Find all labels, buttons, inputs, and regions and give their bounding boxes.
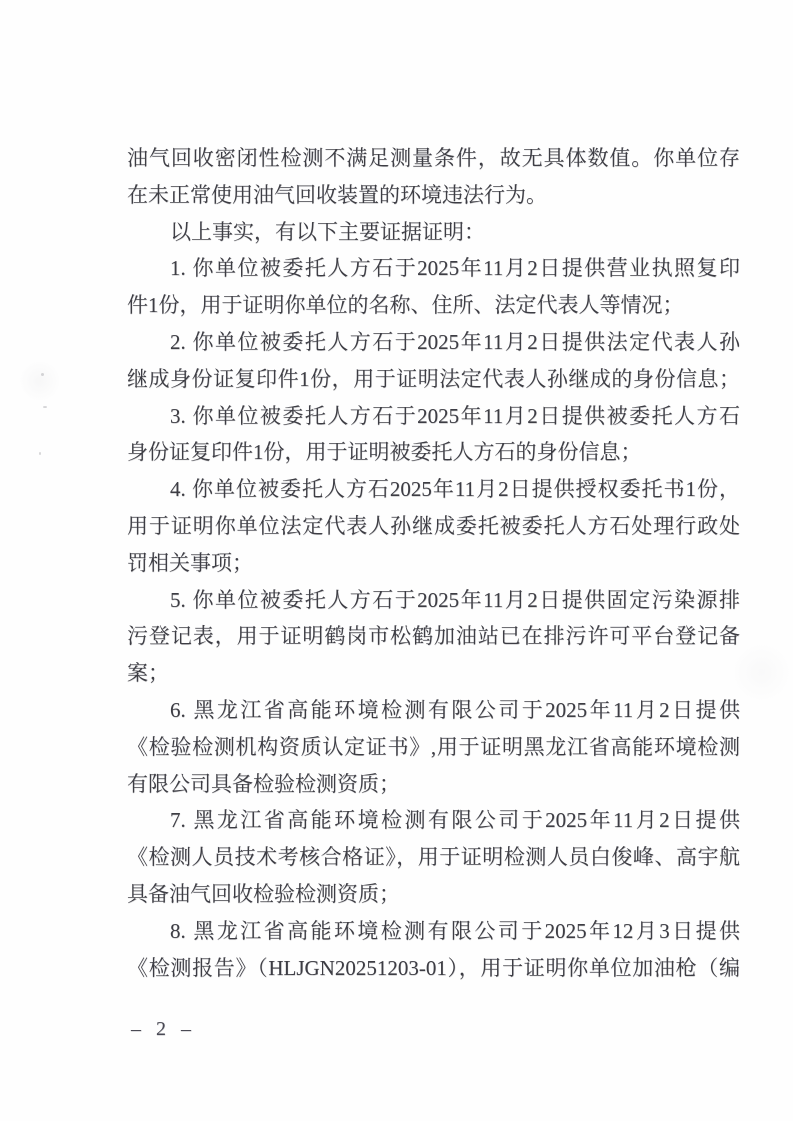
paragraph-evidence-heading: 以上事实，有以下主要证据证明： [127, 214, 740, 251]
body-line: 7. 黑龙江省高能环境检测有限公司于2025年11月2日提供 [127, 802, 740, 839]
page-number: – 2 – [131, 1018, 196, 1041]
paragraph-evidence-item-8: 8. 黑龙江省高能环境检测有限公司于2025年12月3日提供 《检测报告》（HL… [127, 913, 740, 987]
scan-artifact [39, 452, 41, 455]
paragraph-intro: 油气回收密闭性检测不满足测量条件，故无具体数值。你单位存 在未正常使用油气回收装… [127, 140, 740, 214]
paragraph-evidence-item-3: 3. 你单位被委托人方石于2025年11月2日提供被委托人方石 身份证复印件1份… [127, 398, 740, 472]
body-line: 《检测报告》（HLJGN20251203-01），用于证明你单位加油枪（编 [127, 950, 740, 987]
paragraph-evidence-item-2: 2. 你单位被委托人方石于2025年11月2日提供法定代表人孙 继成身份证复印件… [127, 324, 740, 398]
paragraph-evidence-item-6: 6. 黑龙江省高能环境检测有限公司于2025年11月2日提供 《检验检测机构资质… [127, 692, 740, 802]
body-line: 1. 你单位被委托人方石于2025年11月2日提供营业执照复印 [127, 250, 740, 287]
body-line: 2. 你单位被委托人方石于2025年11月2日提供法定代表人孙 [127, 324, 740, 361]
paragraph-evidence-item-4: 4. 你单位被委托人方石2025年11月2日提供授权委托书1份， 用于证明你单位… [127, 471, 740, 581]
body-line: 《检验检测机构资质认定证书》,用于证明黑龙江省高能环境检测 [127, 729, 740, 766]
document-page: 油气回收密闭性检测不满足测量条件，故无具体数值。你单位存 在未正常使用油气回收装… [0, 0, 793, 1121]
body-line: 6. 黑龙江省高能环境检测有限公司于2025年11月2日提供 [127, 692, 740, 729]
scan-artifact [41, 373, 44, 376]
body-line: 具备油气回收检验检测资质； [127, 876, 740, 913]
body-line: 4. 你单位被委托人方石2025年11月2日提供授权委托书1份， [127, 471, 740, 508]
body-line: 有限公司具备检验检测资质； [127, 766, 740, 803]
body-line: 《检测人员技术考核合格证》，用于证明检测人员白俊峰、高宇航 [127, 839, 740, 876]
body-line: 3. 你单位被委托人方石于2025年11月2日提供被委托人方石 [127, 398, 740, 435]
body-line: 案； [127, 655, 740, 692]
body-line: 污登记表，用于证明鹤岗市松鹤加油站已在排污许可平台登记备 [127, 618, 740, 655]
body-line: 身份证复印件1份，用于证明被委托人方石的身份信息； [127, 434, 740, 471]
body-line: 以上事实，有以下主要证据证明： [127, 214, 740, 251]
body-line: 在未正常使用油气回收装置的环境违法行为。 [127, 177, 740, 214]
body-line: 油气回收密闭性检测不满足测量条件，故无具体数值。你单位存 [127, 140, 740, 177]
body-line: 8. 黑龙江省高能环境检测有限公司于2025年12月3日提供 [127, 913, 740, 950]
paragraph-evidence-item-5: 5. 你单位被委托人方石于2025年11月2日提供固定污染源排 污登记表，用于证… [127, 582, 740, 692]
document-body: 油气回收密闭性检测不满足测量条件，故无具体数值。你单位存 在未正常使用油气回收装… [127, 140, 740, 986]
scan-artifact [43, 406, 47, 408]
body-line: 5. 你单位被委托人方石于2025年11月2日提供固定污染源排 [127, 582, 740, 619]
paragraph-evidence-item-7: 7. 黑龙江省高能环境检测有限公司于2025年11月2日提供 《检测人员技术考核… [127, 802, 740, 912]
paragraph-evidence-item-1: 1. 你单位被委托人方石于2025年11月2日提供营业执照复印 件1份，用于证明… [127, 250, 740, 324]
body-line: 罚相关事项； [127, 545, 740, 582]
body-line: 用于证明你单位法定代表人孙继成委托被委托人方石处理行政处 [127, 508, 740, 545]
body-line: 继成身份证复印件1份，用于证明法定代表人孙继成的身份信息； [127, 361, 740, 398]
body-line: 件1份，用于证明你单位的名称、住所、法定代表人等情况； [127, 287, 740, 324]
